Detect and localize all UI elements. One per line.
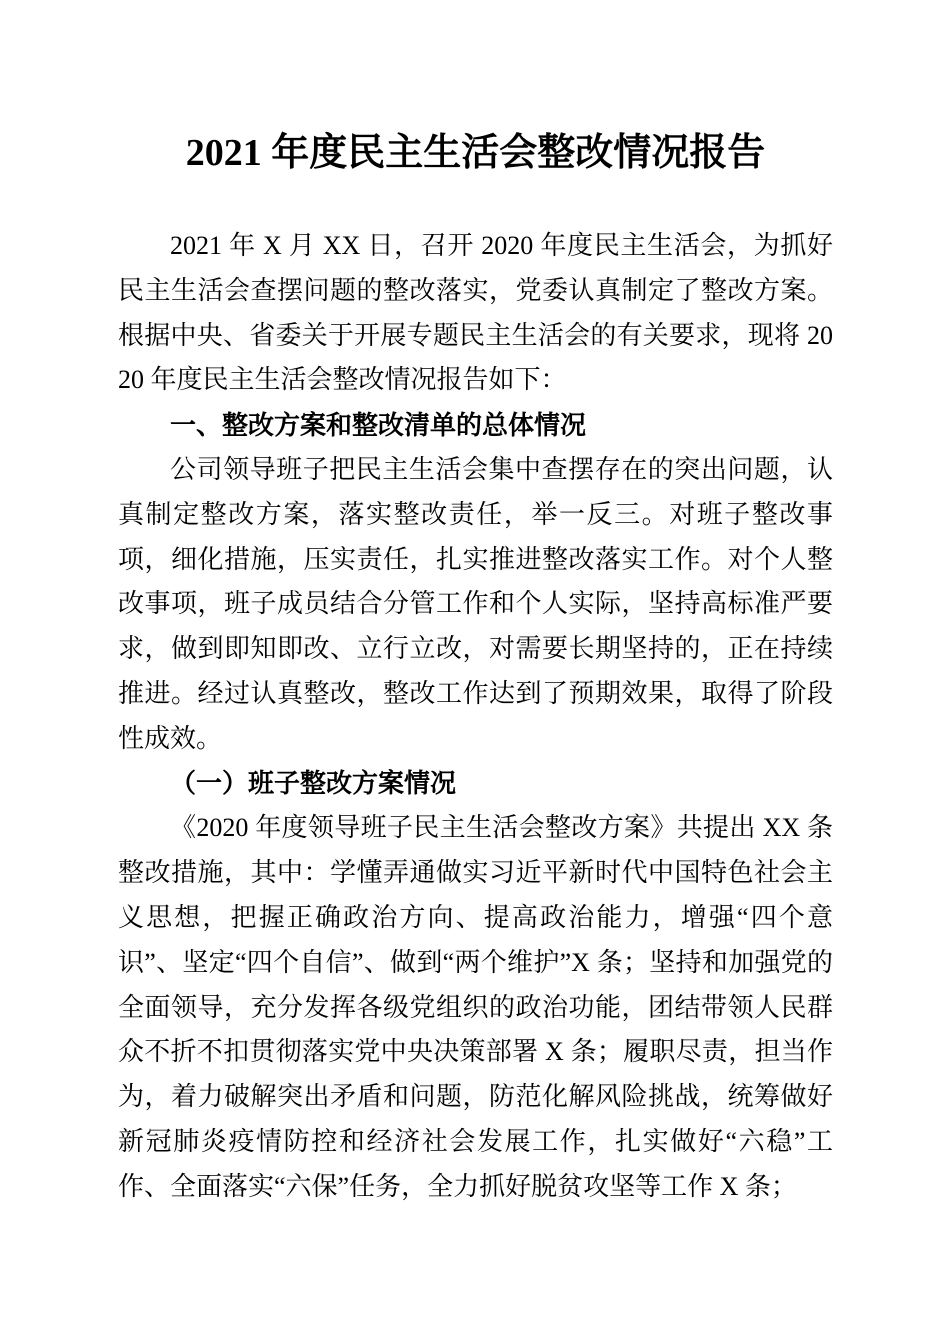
intro-paragraph: 2021 年 X 月 XX 日，召开 2020 年度民主生活会，为抓好民主生活会… <box>118 224 833 403</box>
document-content: 2021 年度民主生活会整改情况报告 2021 年 X 月 XX 日，召开 20… <box>118 0 833 1210</box>
document-title: 2021 年度民主生活会整改情况报告 <box>118 126 833 180</box>
subsection-1-heading: （一）班子整改方案情况 <box>118 762 833 807</box>
subsection-1-paragraph: 《2020 年度领导班子民主生活会整改方案》共提出 XX 条整改措施，其中：学懂… <box>118 806 833 1209</box>
document-page: 2021 年度民主生活会整改情况报告 2021 年 X 月 XX 日，召开 20… <box>0 0 950 1344</box>
section-1-heading: 一、整改方案和整改清单的总体情况 <box>118 403 833 448</box>
section-1-overview-paragraph: 公司领导班子把民主生活会集中查摆存在的突出问题，认真制定整改方案，落实整改责任，… <box>118 448 833 762</box>
